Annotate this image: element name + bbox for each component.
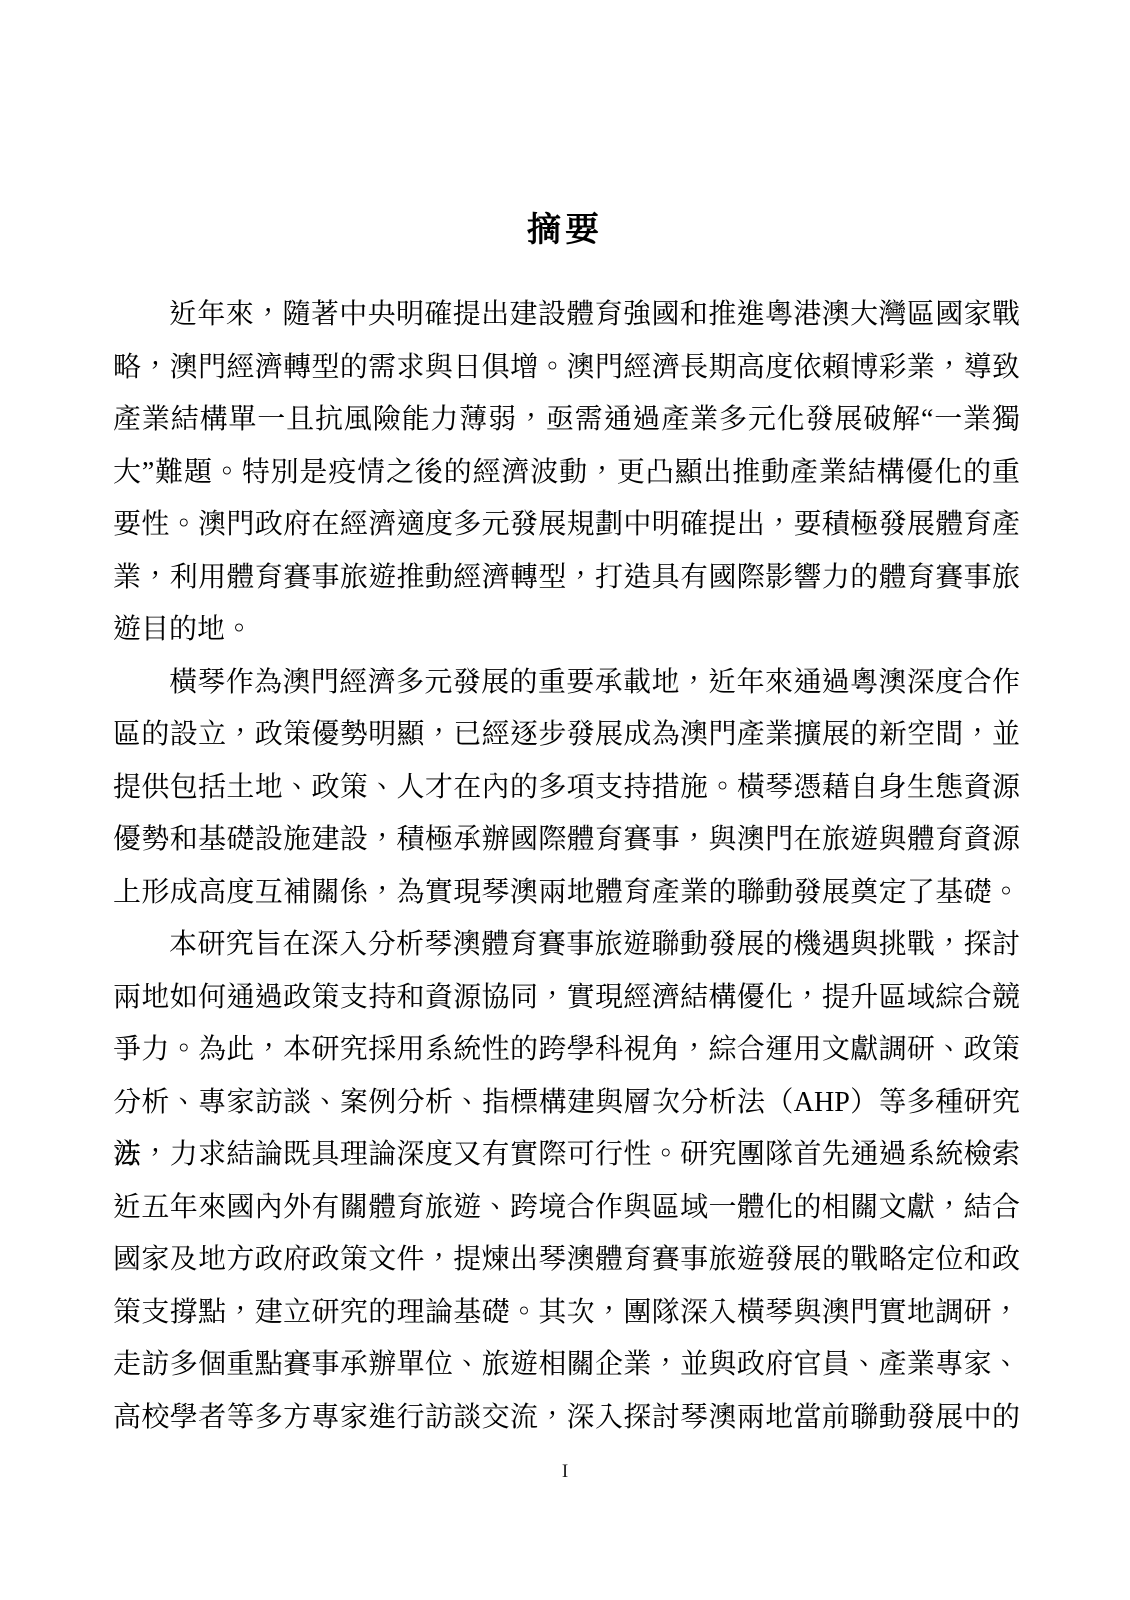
text-line: 兩地如何通過政策支持和資源協同，實現經濟結構優化，提升區域綜合競	[113, 972, 1020, 1025]
text-line: 國家及地方政府政策文件，提煉出琴澳體育賽事旅遊發展的戰略定位和政	[113, 1234, 1020, 1287]
text-line: 本研究旨在深入分析琴澳體育賽事旅遊聯動發展的機遇與挑戰，探討	[113, 919, 1020, 972]
document-body: 近年來，隨著中央明確提出建設體育強國和推進粵港澳大灣區國家戰略，澳門經濟轉型的需…	[113, 289, 1020, 1444]
paragraph-3: 本研究旨在深入分析琴澳體育賽事旅遊聯動發展的機遇與挑戰，探討兩地如何通過政策支持…	[113, 919, 1020, 1444]
text-line: 略，澳門經濟轉型的需求與日俱增。澳門經濟長期高度依賴博彩業，導致	[113, 342, 1020, 395]
text-line: 爭力。為此，本研究採用系統性的跨學科視角，綜合運用文獻調研、政策	[113, 1024, 1020, 1077]
text-line: 高校學者等多方專家進行訪談交流，深入探討琴澳兩地當前聯動發展中的	[113, 1392, 1020, 1445]
text-line: 分析、專家訪談、案例分析、指標構建與層次分析法（AHP）等多種研究方	[113, 1077, 1020, 1130]
text-line: 提供包括土地、政策、人才在內的多項支持措施。橫琴憑藉自身生態資源	[113, 762, 1020, 815]
text-line: 遊目的地。	[113, 604, 1020, 657]
text-line: 產業結構單一且抗風險能力薄弱，亟需通過產業多元化發展破解“一業獨	[113, 394, 1020, 447]
text-line: 策支撐點，建立研究的理論基礎。其次，團隊深入橫琴與澳門實地調研，	[113, 1287, 1020, 1340]
text-line: 業，利用體育賽事旅遊推動經濟轉型，打造具有國際影響力的體育賽事旅	[113, 552, 1020, 605]
page-title: 摘要	[0, 211, 1130, 251]
paragraph-2: 橫琴作為澳門經濟多元發展的重要承載地，近年來通過粵澳深度合作區的設立，政策優勢明…	[113, 657, 1020, 920]
text-line: 法，力求結論既具理論深度又有實際可行性。研究團隊首先通過系統檢索	[113, 1129, 1020, 1182]
text-line: 近年來，隨著中央明確提出建設體育強國和推進粵港澳大灣區國家戰	[113, 289, 1020, 342]
document-page: 摘要 近年來，隨著中央明確提出建設體育強國和推進粵港澳大灣區國家戰略，澳門經濟轉…	[0, 0, 1130, 1600]
paragraph-1: 近年來，隨著中央明確提出建設體育強國和推進粵港澳大灣區國家戰略，澳門經濟轉型的需…	[113, 289, 1020, 657]
text-line: 上形成高度互補關係，為實現琴澳兩地體育產業的聯動發展奠定了基礎。	[113, 867, 1020, 920]
text-line: 走訪多個重點賽事承辦單位、旅遊相關企業，並與政府官員、產業專家、	[113, 1339, 1020, 1392]
page-number: I	[0, 1460, 1130, 1484]
text-line: 區的設立，政策優勢明顯，已經逐步發展成為澳門產業擴展的新空間，並	[113, 709, 1020, 762]
text-line: 大”難題。特別是疫情之後的經濟波動，更凸顯出推動產業結構優化的重	[113, 447, 1020, 500]
text-line: 要性。澳門政府在經濟適度多元發展規劃中明確提出，要積極發展體育產	[113, 499, 1020, 552]
text-line: 近五年來國內外有關體育旅遊、跨境合作與區域一體化的相關文獻，結合	[113, 1182, 1020, 1235]
text-line: 優勢和基礎設施建設，積極承辦國際體育賽事，與澳門在旅遊與體育資源	[113, 814, 1020, 867]
text-line: 橫琴作為澳門經濟多元發展的重要承載地，近年來通過粵澳深度合作	[113, 657, 1020, 710]
